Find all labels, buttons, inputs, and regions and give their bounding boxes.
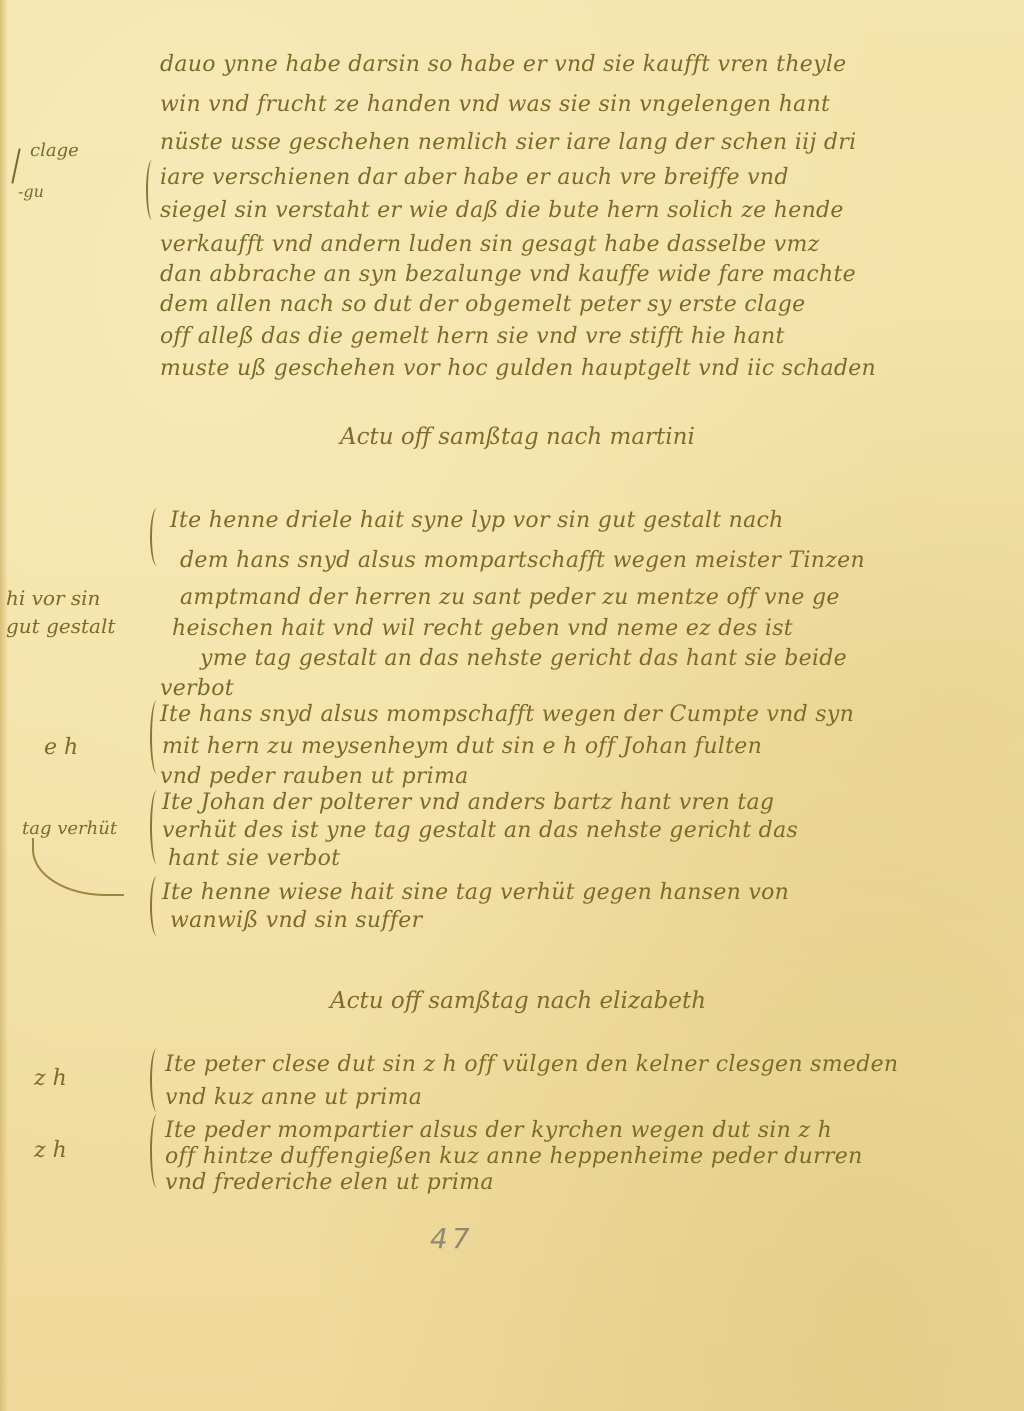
section-heading: Actu off samßtag nach martini bbox=[340, 424, 695, 450]
text-line: Ite henne driele hait syne lyp vor sin g… bbox=[170, 508, 784, 533]
text-line: verbot bbox=[160, 676, 234, 701]
text-line: siegel sin verstaht er wie daß die bute … bbox=[160, 198, 844, 223]
section-heading: Actu off samßtag nach elizabeth bbox=[330, 988, 706, 1014]
text-line: amptmand der herren zu sant peder zu men… bbox=[180, 585, 840, 610]
margin-note-e-h: e h bbox=[44, 735, 78, 760]
margin-note-clage: clage bbox=[30, 140, 79, 161]
margin-note-z-h-2: z h bbox=[34, 1138, 67, 1163]
text-line: wanwiß vnd sin suffer bbox=[170, 908, 422, 933]
text-line: nüste usse geschehen nemlich sier iare l… bbox=[160, 130, 856, 155]
text-line: dem hans snyd alsus mompartschafft wegen… bbox=[180, 548, 865, 573]
paragraph-bracket bbox=[150, 1114, 164, 1188]
margin-note-vor-sin: hi vor sin bbox=[6, 586, 100, 610]
text-line: Ite henne wiese hait sine tag verhüt geg… bbox=[162, 880, 789, 905]
paragraph-bracket bbox=[150, 1048, 164, 1112]
text-line: off alleß das die gemelt hern sie vnd vr… bbox=[160, 324, 785, 349]
text-line: vnd frederiche elen ut prima bbox=[165, 1170, 494, 1195]
margin-note-clage-sub: -gu bbox=[18, 182, 44, 201]
margin-stroke bbox=[11, 148, 20, 184]
text-line: hant sie verbot bbox=[168, 846, 340, 871]
margin-note-gut-gestalt: gut gestalt bbox=[6, 614, 115, 638]
text-line: dauo ynne habe darsin so habe er vnd sie… bbox=[160, 52, 847, 77]
text-line: verhüt des ist yne tag gestalt an das ne… bbox=[162, 818, 798, 843]
margin-note-z-h-1: z h bbox=[34, 1066, 67, 1091]
paragraph-bracket bbox=[150, 508, 164, 566]
text-line: off hintze duffengießen kuz anne heppenh… bbox=[165, 1144, 863, 1169]
text-line: vnd peder rauben ut prima bbox=[160, 764, 469, 789]
paragraph-bracket bbox=[146, 160, 158, 220]
text-line: dan abbrache an syn bezalunge vnd kauffe… bbox=[160, 262, 856, 287]
manuscript-page: clage -gu hi vor sin gut gestalt e h tag… bbox=[0, 0, 1024, 1411]
text-line: Ite Johan der polterer vnd anders bartz … bbox=[162, 790, 774, 815]
text-line: vnd kuz anne ut prima bbox=[165, 1085, 422, 1110]
text-line: verkaufft vnd andern luden sin gesagt ha… bbox=[160, 232, 820, 257]
margin-swash bbox=[32, 838, 124, 896]
text-line: win vnd frucht ze handen vnd was sie sin… bbox=[160, 92, 830, 117]
text-line: Ite peder mompartier alsus der kyrchen w… bbox=[165, 1118, 832, 1143]
text-line: Ite hans snyd alsus mompschafft wegen de… bbox=[160, 702, 854, 727]
text-line: muste uß geschehen vor hoc gulden hauptg… bbox=[160, 356, 876, 381]
text-line: heischen hait vnd wil recht geben vnd ne… bbox=[172, 616, 793, 641]
text-line: dem allen nach so dut der obgemelt peter… bbox=[160, 292, 805, 317]
margin-note-tag-verhut: tag verhüt bbox=[22, 818, 117, 839]
folio-number: 47 bbox=[430, 1222, 474, 1255]
text-line: Ite peter clese dut sin z h off vülgen d… bbox=[165, 1052, 898, 1077]
text-line: iare verschienen dar aber habe er auch v… bbox=[160, 165, 789, 190]
text-line: yme tag gestalt an das nehste gericht da… bbox=[200, 646, 847, 671]
text-line: mit hern zu meysenheym dut sin e h off J… bbox=[162, 734, 762, 759]
